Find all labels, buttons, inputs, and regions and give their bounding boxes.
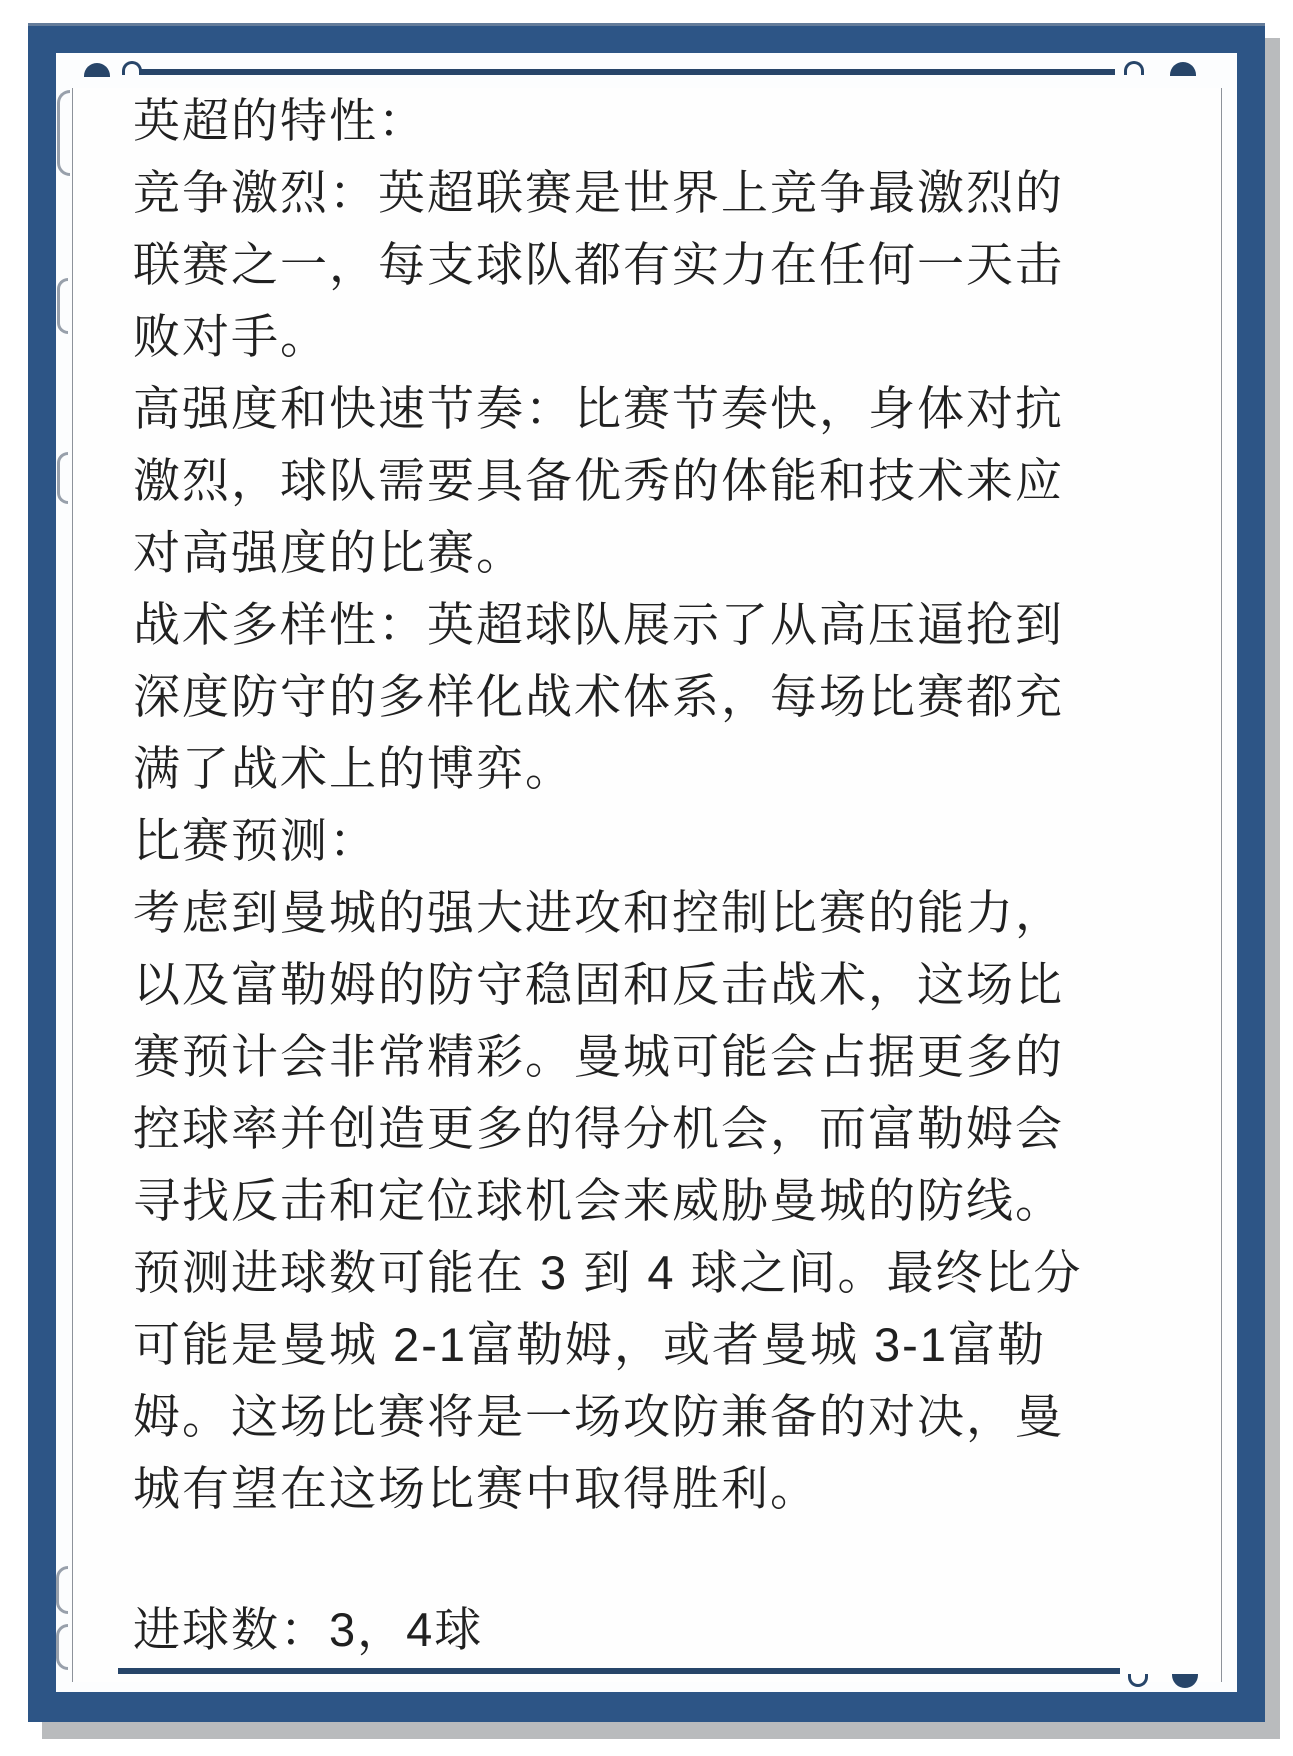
text-line: 城有望在这场比赛中取得胜利。 xyxy=(133,1453,1143,1525)
rule-end-ring-icon xyxy=(1124,61,1144,75)
text-line: 联赛之一，每支球队都有实力在任何一天击 xyxy=(133,229,1143,301)
text-line: 深度防守的多样化战术体系，每场比赛都充 xyxy=(133,661,1143,733)
edge-ring-decoration xyxy=(56,1566,68,1614)
text-line: 姆。这场比赛将是一场攻防兼备的对决，曼 xyxy=(133,1381,1143,1453)
text-line: 考虑到曼城的强大进攻和控制比赛的能力， xyxy=(133,877,1143,949)
bottom-rule xyxy=(118,1668,1120,1674)
text-line: 败对手。 xyxy=(133,301,1143,373)
edge-ring-decoration xyxy=(57,90,70,176)
edge-ring-decoration xyxy=(56,1624,68,1670)
goals-summary-line: 进球数：3，4球 xyxy=(133,1594,483,1666)
text-line: 预测进球数可能在 3 到 4 球之间。最终比分 xyxy=(133,1237,1143,1309)
text-line: 激烈，球队需要具备优秀的体能和技术来应 xyxy=(133,445,1143,517)
text-line: 战术多样性：英超球队展示了从高压逼抢到 xyxy=(133,589,1143,661)
text-line: 竞争激烈：英超联赛是世界上竞争最激烈的 xyxy=(133,157,1143,229)
edge-ring-decoration xyxy=(57,452,68,504)
edge-ring-decoration xyxy=(57,278,68,334)
text-line: 以及富勒姆的防守稳固和反击战术，这场比 xyxy=(133,949,1143,1021)
text-line: 比赛预测： xyxy=(133,805,1143,877)
body-text: 英超的特性： 竞争激烈：英超联赛是世界上竞争最激烈的 联赛之一，每支球队都有实力… xyxy=(133,85,1143,1525)
text-line: 可能是曼城 2-1富勒姆，或者曼城 3-1富勒 xyxy=(133,1309,1143,1381)
text-line: 英超的特性： xyxy=(133,85,1143,157)
text-line: 寻找反击和定位球机会来威胁曼城的防线。 xyxy=(133,1165,1143,1237)
text-line: 高强度和快速节奏：比赛节奏快，身体对抗 xyxy=(133,373,1143,445)
text-line: 满了战术上的博弈。 xyxy=(133,733,1143,805)
screenshot-page: 英超的特性： 竞争激烈：英超联赛是世界上竞争最激烈的 联赛之一，每支球队都有实力… xyxy=(0,0,1293,1756)
frame-top-highlight xyxy=(28,23,1265,26)
top-rule xyxy=(140,69,1115,75)
text-line: 对高强度的比赛。 xyxy=(133,517,1143,589)
text-line: 赛预计会非常精彩。曼城可能会占据更多的 xyxy=(133,1021,1143,1093)
rule-end-ring-icon xyxy=(122,61,142,75)
text-line: 控球率并创造更多的得分机会，而富勒姆会 xyxy=(133,1093,1143,1165)
